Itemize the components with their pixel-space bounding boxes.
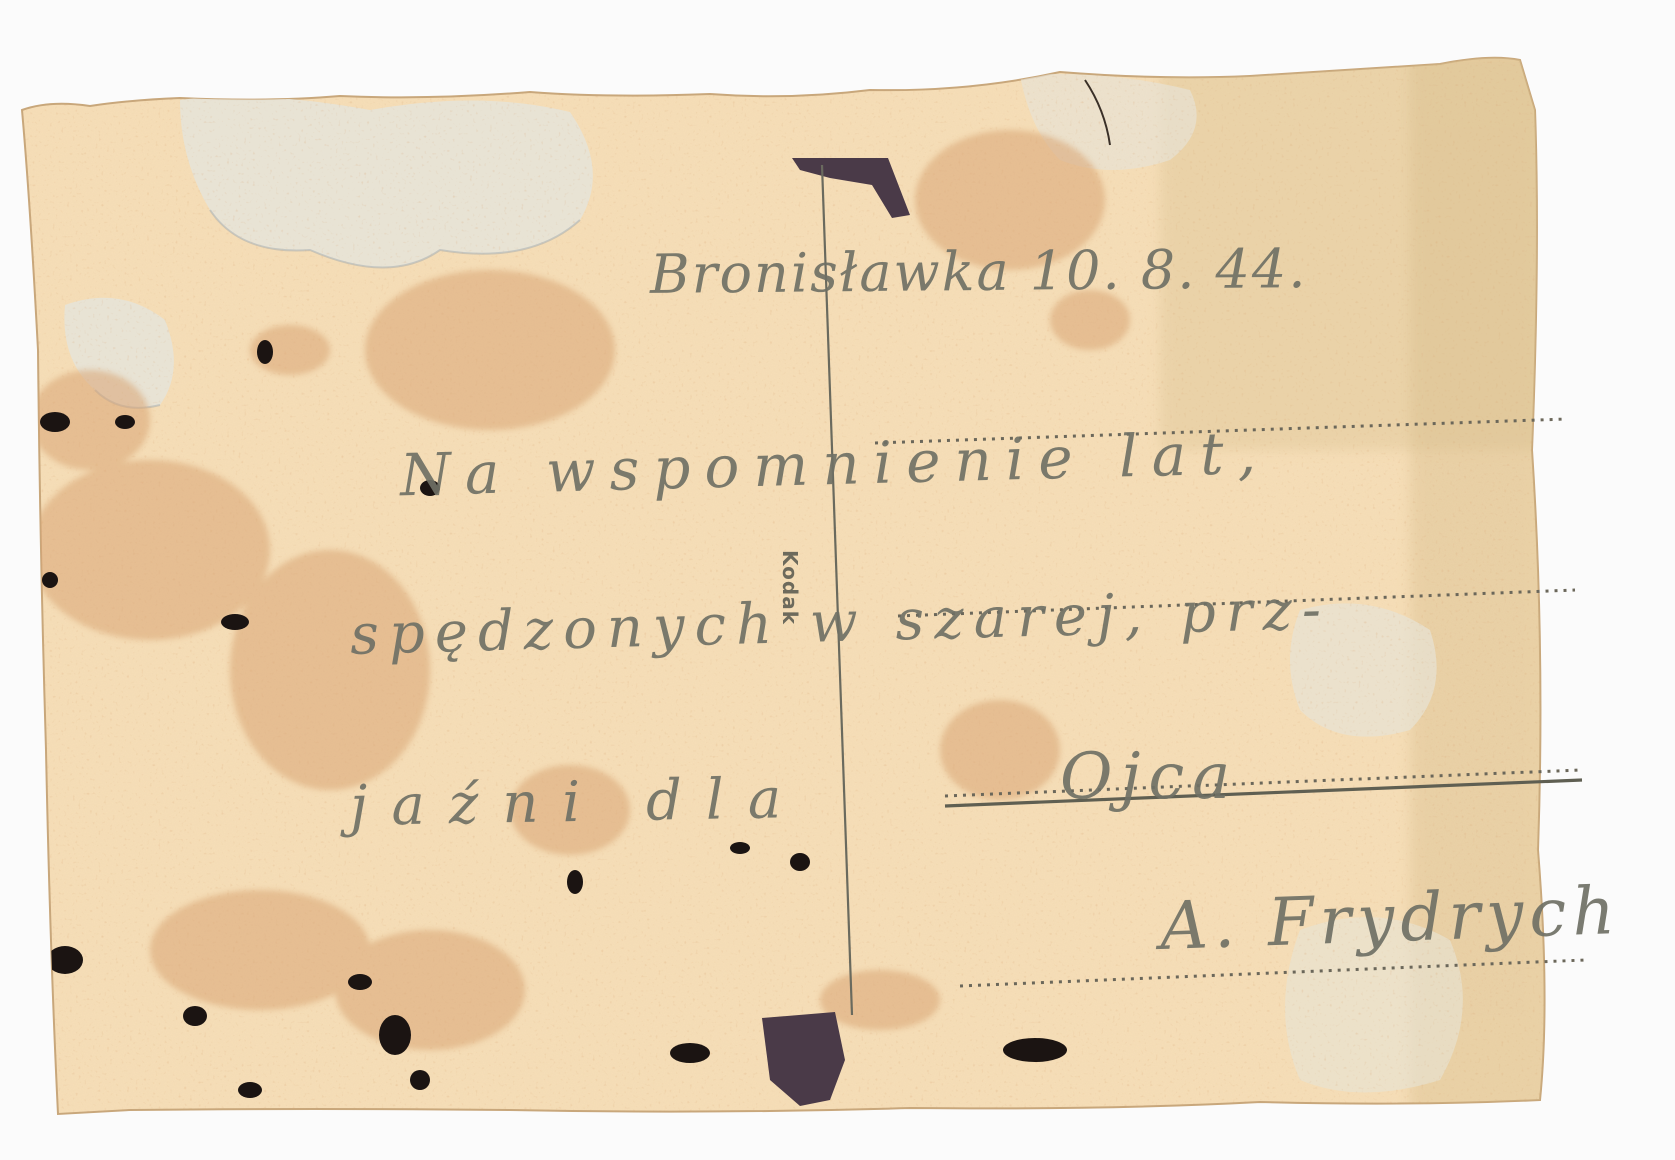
signature: A. Frydrych [1159,872,1622,965]
postcard-paper [10,50,1635,1120]
postcard: Kodak Bronisławka 10. 8. 44. Na wspomnie… [10,50,1635,1120]
recipient-crossed-out: Ojca [1060,740,1238,814]
place-date: Bronisławka 10. 8. 44. [650,237,1308,306]
message-line-3: jaźni dla [349,766,805,839]
